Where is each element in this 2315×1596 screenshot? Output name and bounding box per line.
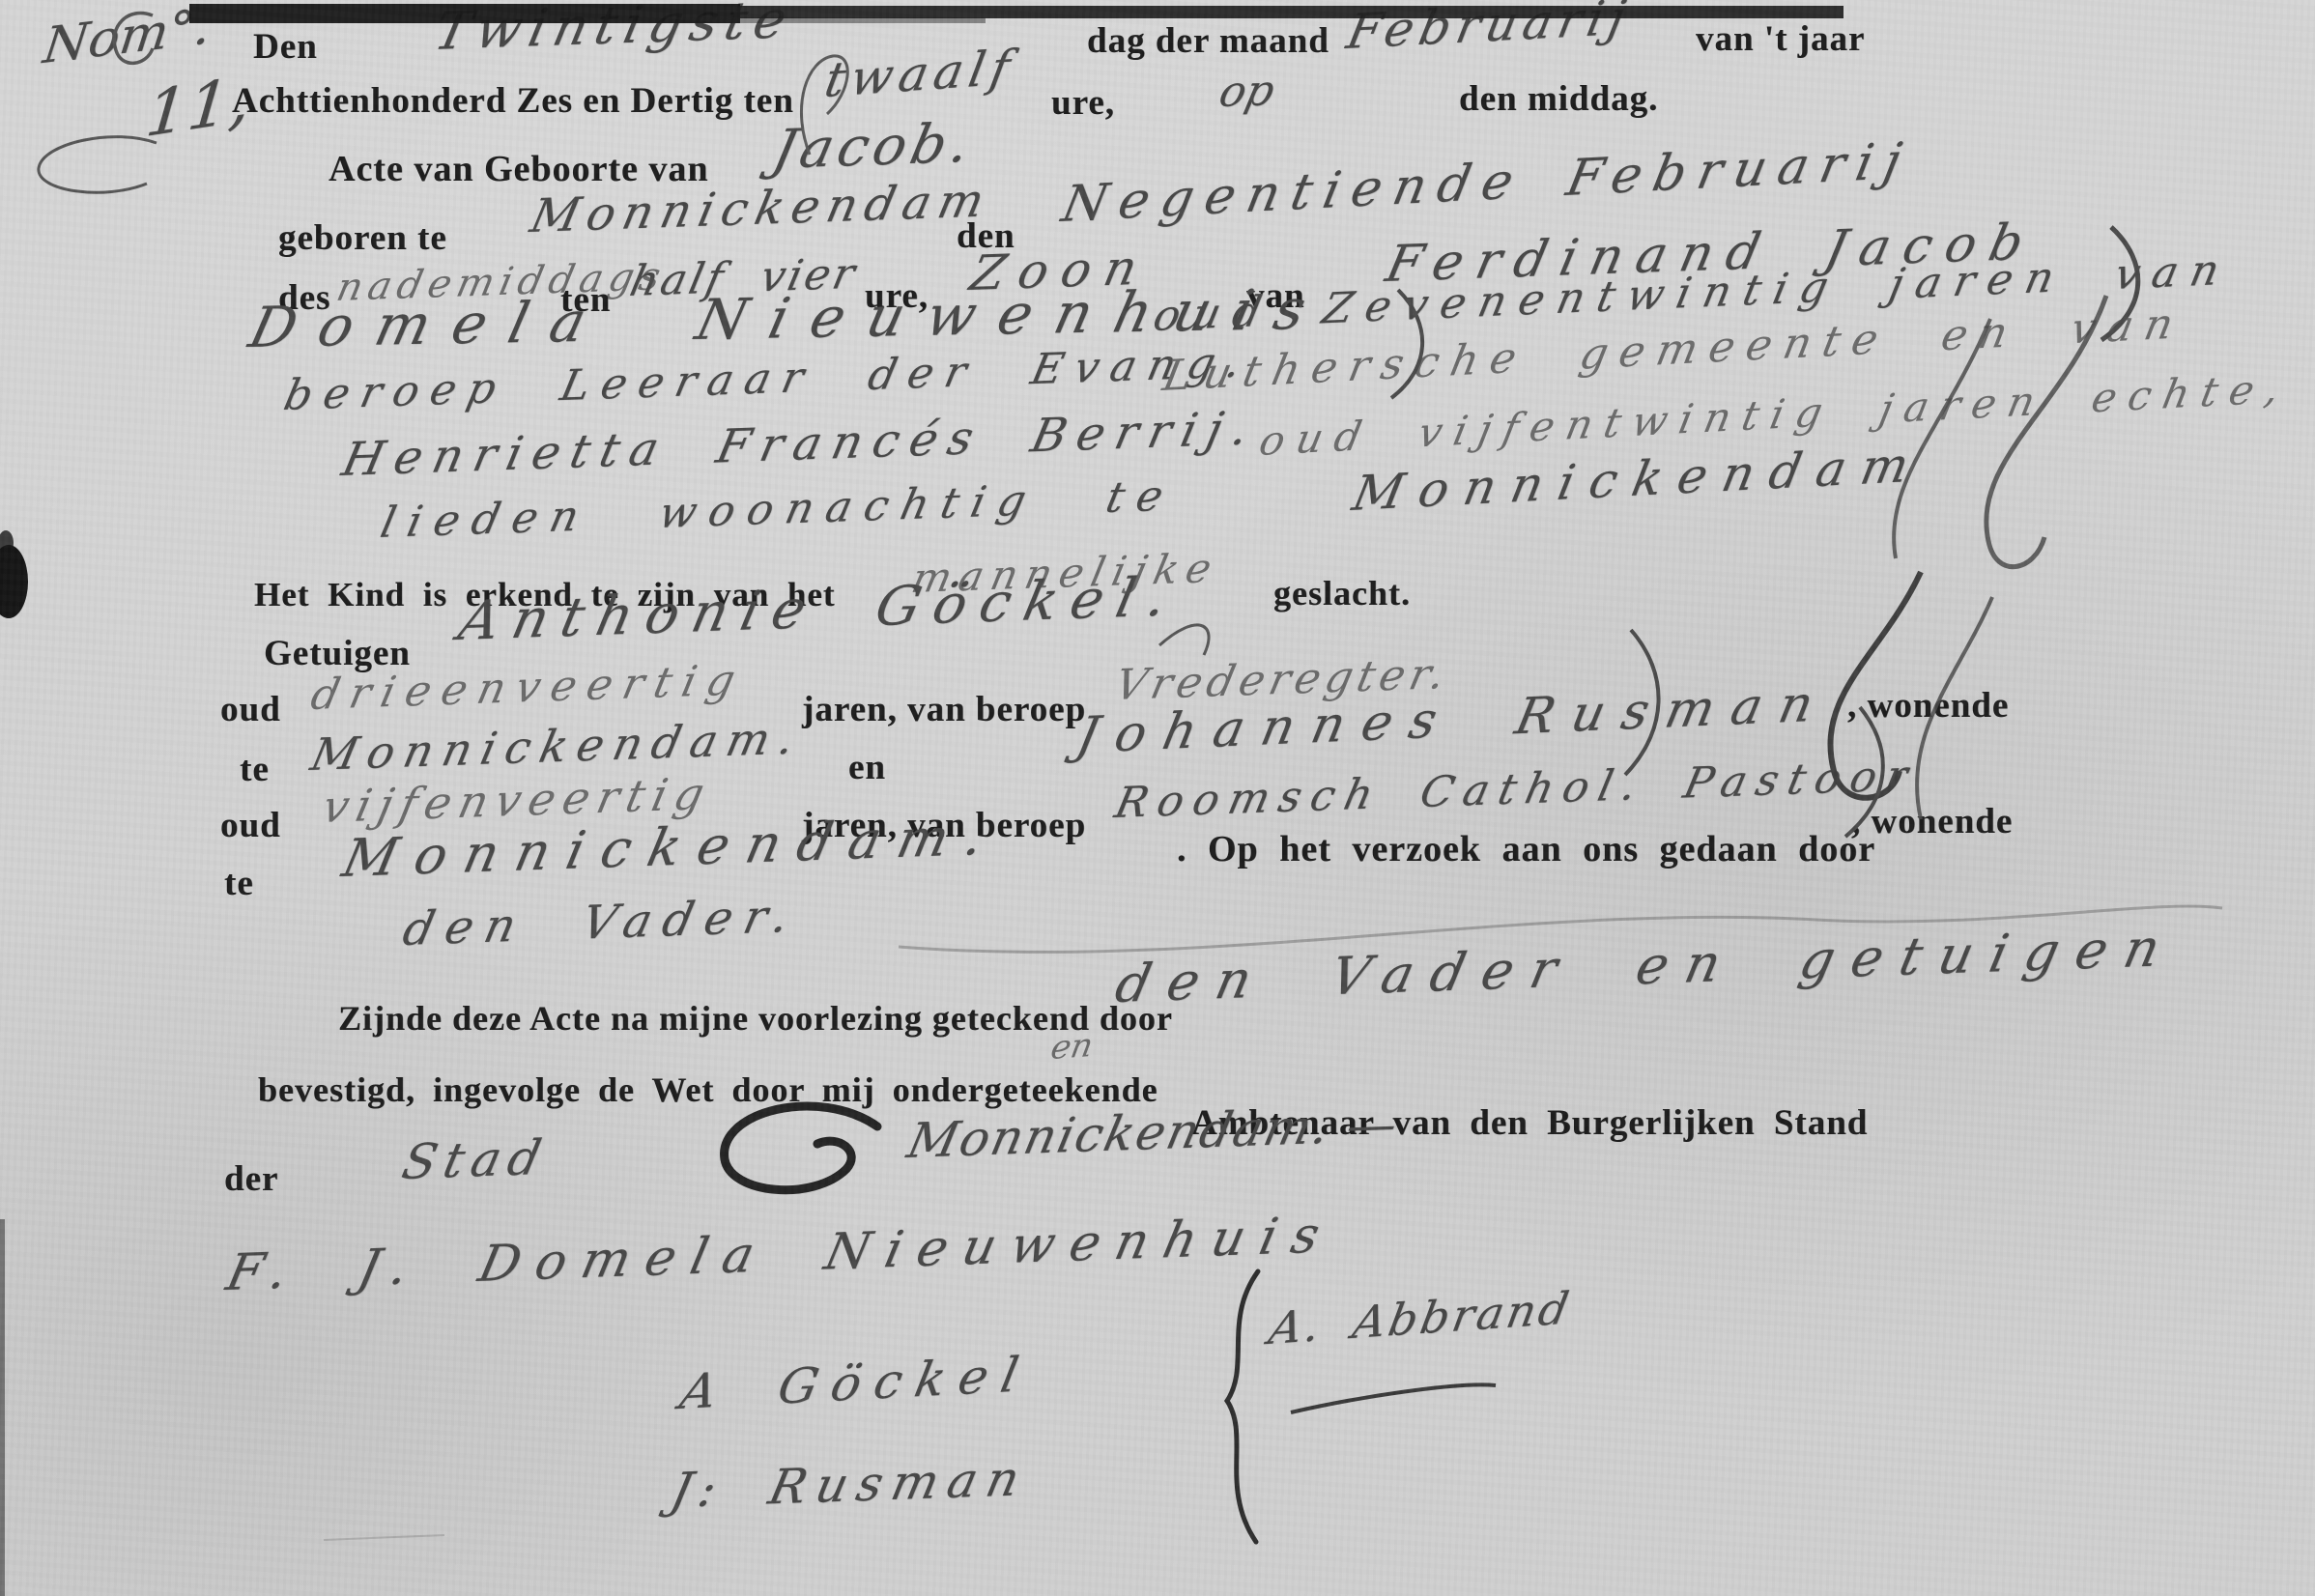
- printed-en-label: en: [848, 750, 886, 785]
- hw-mother-name: Henrietta Francés Berrij.: [338, 405, 1263, 483]
- printed-van-t-jaar-label: van 't jaar: [1696, 21, 1865, 57]
- printed-oud-label-2: oud: [220, 808, 281, 843]
- printed-jaren-beroep-label-1: jaren, van beroep: [802, 692, 1086, 727]
- printed-wonende-label-1: , wonende: [1847, 688, 2009, 724]
- hw-signed-by: den Vader en getuigen: [1111, 922, 2182, 1011]
- hw-witness2-occupation: Roomsch Cathol. Pastoor: [1111, 755, 1921, 825]
- record-number-oval-flourish: [39, 137, 157, 193]
- printed-den-middag-label: den middag.: [1459, 81, 1658, 117]
- printed-year-label: Achttienhonderd Zes en Dertig ten: [232, 83, 794, 119]
- signature-father: F. J. Domela Nieuwenhuis: [222, 1210, 1339, 1298]
- hw-record-day: Twintigste: [430, 0, 799, 58]
- signature-brace: [1227, 1271, 1258, 1542]
- hw-record-month: Februarij: [1343, 0, 1635, 56]
- scanned-birth-record: Nom°. 11, Den Twintigste dag der maand F…: [0, 0, 2315, 1596]
- printed-te-label-1: te: [240, 752, 270, 787]
- printed-getuigen-label: Getuigen: [264, 636, 411, 671]
- signature-registrar: A. Abbrand: [1266, 1286, 1575, 1351]
- printed-geslacht-label: geslacht.: [1273, 576, 1411, 611]
- hw-witness1-age: drieenveertig: [307, 660, 750, 717]
- printed-acte-title: Acte van Geboorte van: [329, 151, 709, 187]
- hw-inserted-en: en: [1048, 1029, 1096, 1065]
- hw-birth-date: Negentiende Februarij: [1058, 136, 1917, 230]
- scan-top-bar-thin: [734, 6, 1843, 18]
- printed-te-label-2: te: [224, 866, 254, 901]
- hw-stad: Stad: [398, 1133, 553, 1186]
- hw-requested-by: den Vader.: [399, 893, 805, 953]
- signature-witness-1: A Göckel: [676, 1350, 1036, 1416]
- ink-blot-left-edge-small: [0, 530, 14, 556]
- hw-birth-place: Monnickendam: [527, 178, 995, 240]
- monnickendam-spiral-flourish: [725, 1106, 877, 1190]
- hw-lieden-woonachtig: lieden woonachtig te: [377, 475, 1180, 545]
- printed-geboren-te-label: geboren te: [278, 220, 447, 256]
- printed-bevestigd-label: bevestigd, ingevolge de Wet door mij ond…: [258, 1072, 1158, 1107]
- printed-oud-label-1: oud: [220, 692, 281, 727]
- printed-den-label: Den: [253, 29, 318, 65]
- registrar-underline-flourish: [1291, 1384, 1496, 1412]
- ink-blot-left-edge: [0, 545, 28, 618]
- scan-left-edge: [0, 1219, 5, 1596]
- printed-dag-der-maand-label: dag der maand: [1087, 23, 1329, 59]
- hw-witness1-place: Monnickendam.: [307, 715, 808, 777]
- flourish-after-gockel: [1159, 625, 1209, 655]
- record-number-label: Nom°.: [41, 2, 214, 71]
- signature-witness-2: J: Rusman: [667, 1454, 1033, 1515]
- hw-record-city: Monnickendam. —: [903, 1099, 1404, 1165]
- hw-child-name: Jacob.: [768, 117, 979, 178]
- printed-der-label: der: [224, 1161, 278, 1197]
- printed-zijnde-label: Zijnde deze Acte na mijne voorlezing get…: [338, 1001, 1173, 1036]
- printed-verzoek-label: . Op het verzoek aan ons gedaan door: [1177, 831, 1875, 868]
- hw-op: op: [1215, 71, 1278, 114]
- printed-ure-label-1: ure,: [1051, 85, 1115, 121]
- hw-record-hour: twaalf: [821, 43, 1019, 104]
- bottom-faint-scratch: [324, 1535, 444, 1540]
